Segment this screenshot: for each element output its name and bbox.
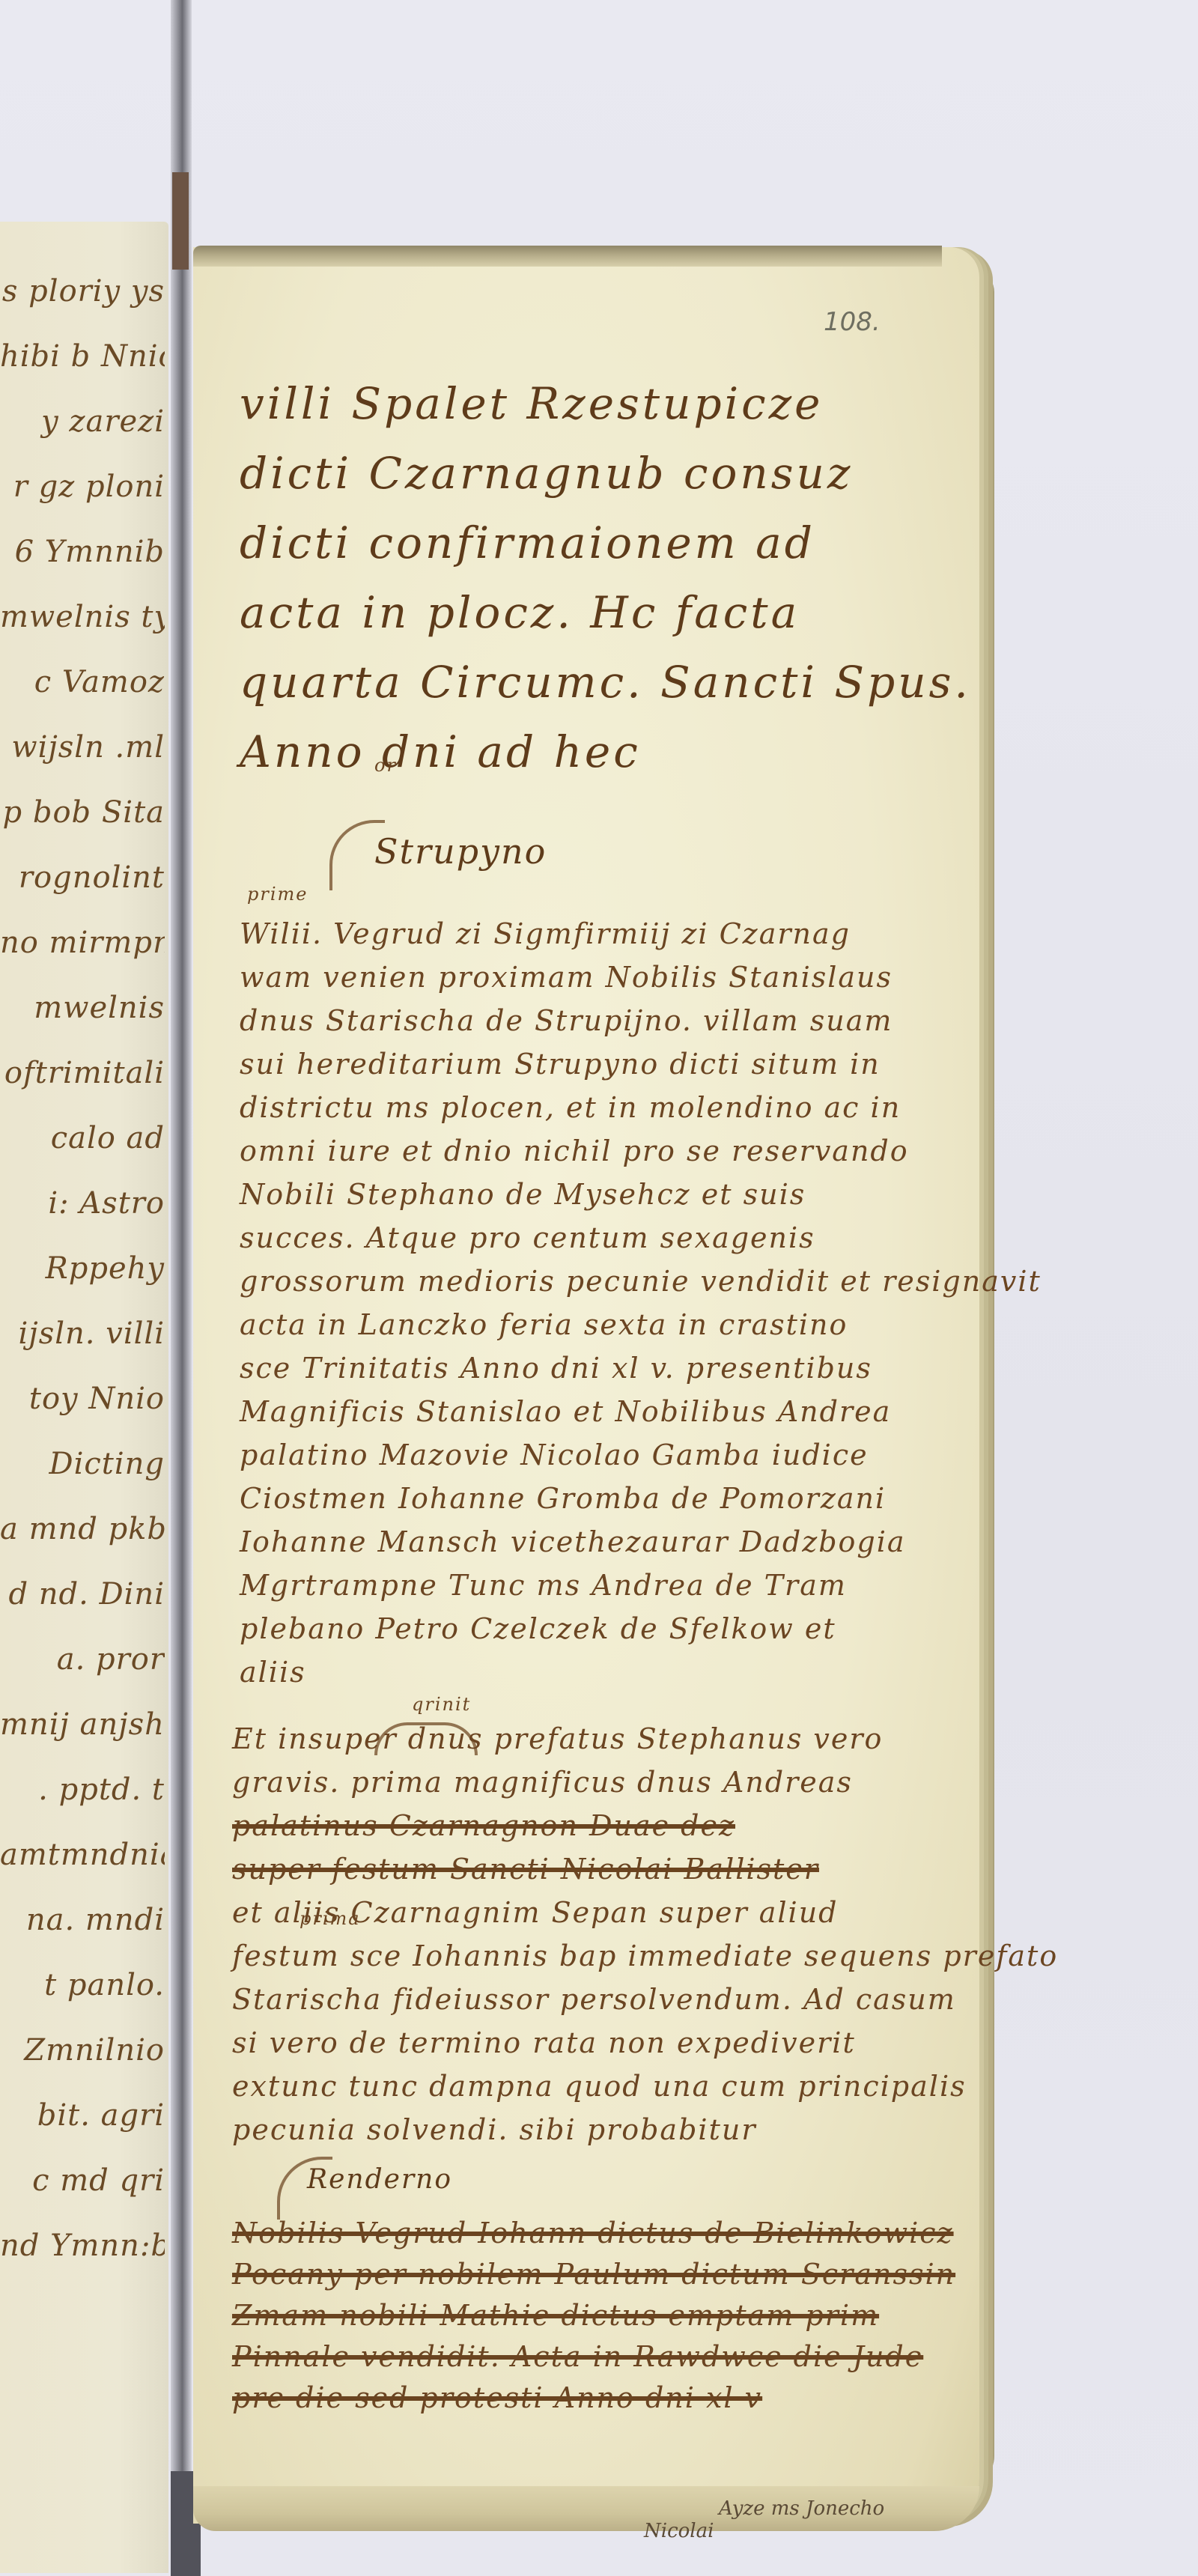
manuscript-line: Starischa fideiussor persolvendum. Ad ca… — [232, 1983, 956, 2016]
left-page-line: nd Ymnn:b — [0, 2229, 165, 2263]
page-top-edge — [193, 246, 942, 267]
left-page-line: Rppehy — [0, 1251, 165, 1286]
left-page-line: p bob Sita — [0, 795, 165, 830]
manuscript-line: Et insuper dnus prefatus Stephanus vero — [232, 1722, 883, 1755]
manuscript-line: festum sce Iohannis bap immediate sequen… — [232, 1939, 1058, 1972]
manuscript-line: aliis — [240, 1656, 306, 1689]
bottom-edge-note-2: Nicolai — [644, 2520, 714, 2542]
bottom-edge-note-1: Ayze ms Jonecho — [719, 2497, 884, 2520]
opening-line: dicti confirmaionem ad — [240, 517, 815, 568]
manuscript-line: palatinus Czarnagnon Duae dez — [232, 1809, 735, 1842]
left-page-line: wijsln .ml — [0, 730, 165, 765]
left-page-line: mwelnis — [0, 991, 165, 1025]
manuscript-line: acta in Lanczko feria sexta in crastino — [240, 1308, 848, 1341]
struck-manuscript-line: Pinnale vendidit. Acta in Rawdwce die Ju… — [232, 2340, 923, 2373]
manuscript-line: dnus Starischa de Strupijno. villam suam — [240, 1004, 893, 1037]
struck-manuscript-line: pre die sed protesti Anno dni xl v — [232, 2381, 762, 2414]
left-page-line: c md qri — [0, 2163, 165, 2198]
left-page-line: ijsln. villi — [0, 1316, 165, 1351]
left-page-line: . pptd. t — [0, 1772, 165, 1807]
manuscript-line: plebano Petro Czelczek de Sfelkow et — [240, 1612, 836, 1645]
left-page-line: t panlo. — [0, 1968, 165, 2002]
left-page-line: oftrimitali — [0, 1056, 165, 1090]
left-page-line: toy Nnio — [0, 1382, 165, 1416]
left-page-line: 6 Ymnnib — [0, 535, 165, 569]
opening-line: villi Spalet Rzestupicze — [240, 378, 823, 429]
left-page-line: c Vamoz — [0, 665, 165, 699]
opening-line: acta in plocz. Hc facta — [240, 587, 800, 638]
left-page-line: amtmndnia — [0, 1838, 165, 1872]
left-page-line: no mirmpn — [0, 926, 165, 960]
superscript-insert: qrinit — [412, 1694, 471, 1715]
manuscript-line: Magnificis Stanislao et Nobilibus Andrea — [240, 1395, 891, 1428]
struck-manuscript-line: Pocany per nobilem Paulum dictum Scranss… — [232, 2258, 955, 2291]
left-page-line: rognolint — [0, 860, 165, 895]
manuscript-line: extunc tunc dampna quod una cum principa… — [232, 2070, 967, 2103]
opening-line: quarta Circumc. Sancti Spus. — [240, 657, 971, 708]
manuscript-line: si vero de termino rata non expediverit — [232, 2026, 856, 2059]
manuscript-line: palatino Mazovie Nicolao Gamba iudice — [240, 1439, 869, 1471]
manuscript-line: wam venien proximam Nobilis Stanislaus — [240, 961, 893, 994]
manuscript-line: Nobili Stephano de Mysehcz et suis — [240, 1178, 806, 1211]
left-page-line: a. pror — [0, 1642, 165, 1677]
left-page-line: Zmnilnio — [0, 2033, 165, 2068]
spine-tab — [172, 172, 189, 270]
section-heading-strupyno: Strupyno — [374, 831, 547, 872]
manuscript-line: succes. Atque pro centum sexagenis — [240, 1221, 815, 1254]
left-page-line: calo ad — [0, 1121, 165, 1155]
opening-line: dicti Czarnagnub consuz — [240, 448, 853, 499]
left-page-line: i: Astro — [0, 1186, 165, 1221]
left-page-line: r gz ploni — [0, 470, 165, 504]
margin-note-prime: prime — [247, 884, 308, 905]
left-page-line: bit. agri — [0, 2098, 165, 2133]
manuscript-line: grossorum medioris pecunie vendidit et r… — [240, 1265, 1042, 1298]
opening-superscript: or — [374, 755, 397, 776]
manuscript-line: Ciostmen Iohanne Gromba de Pomorzani — [240, 1482, 886, 1515]
manuscript-line: super festum Sancti Nicolai Ballister — [232, 1853, 819, 1886]
left-page-line: na. mndi — [0, 1903, 165, 1937]
left-page-line: mwelnis ty — [0, 600, 165, 634]
left-page-line: y zarezi — [0, 404, 165, 439]
manuscript-line: et aliis Czarnagnim Sepan super aliud — [232, 1896, 839, 1929]
left-page-line: a mnd pkb — [0, 1512, 165, 1546]
left-page-line: Dicting — [0, 1447, 165, 1481]
section-heading-renderno: Renderno — [307, 2164, 452, 2195]
struck-manuscript-line: Nobilis Vegrud Iohann dictus de Bielinko… — [232, 2217, 954, 2250]
opening-line: Anno dni ad hec — [240, 726, 641, 777]
left-page-line: hibi b Nnic — [0, 339, 165, 374]
manuscript-line: omni iure et dnio nichil pro se reservan… — [240, 1134, 909, 1167]
manuscript-line: districtu ms plocen, et in molendino ac … — [240, 1091, 901, 1124]
manuscript-line: sui hereditarium Strupyno dicti situm in — [240, 1048, 881, 1081]
manuscript-line: Iohanne Mansch vicethezaurar Dadzbogia — [240, 1525, 906, 1558]
left-page-line: mnij anjshi — [0, 1707, 165, 1742]
left-page-line: s ploriy ys — [0, 274, 165, 309]
manuscript-line: sce Trinitatis Anno dni xl v. presentibu… — [240, 1352, 872, 1385]
manuscript-line: gravis. prima magnificus dnus Andreas — [232, 1766, 853, 1799]
manuscript-line: Wilii. Vegrud zi Sigmfirmiij zi Czarnag — [240, 917, 851, 950]
glass-spine-rod — [171, 0, 192, 2576]
folio-number: 108. — [824, 307, 881, 337]
left-page-line: d nd. Dini — [0, 1577, 165, 1611]
manuscript-line: pecunia solvendi. sibi probabitur — [232, 2113, 756, 2146]
left-page: s ploriy yshibi b Nnicy zarezir gz ploni… — [0, 222, 168, 2573]
struck-manuscript-line: Zmam nobili Mathie dictus emptam prim — [232, 2299, 879, 2332]
manuscript-line: Mgrtrampne Tunc ms Andrea de Tram — [240, 1569, 847, 1602]
